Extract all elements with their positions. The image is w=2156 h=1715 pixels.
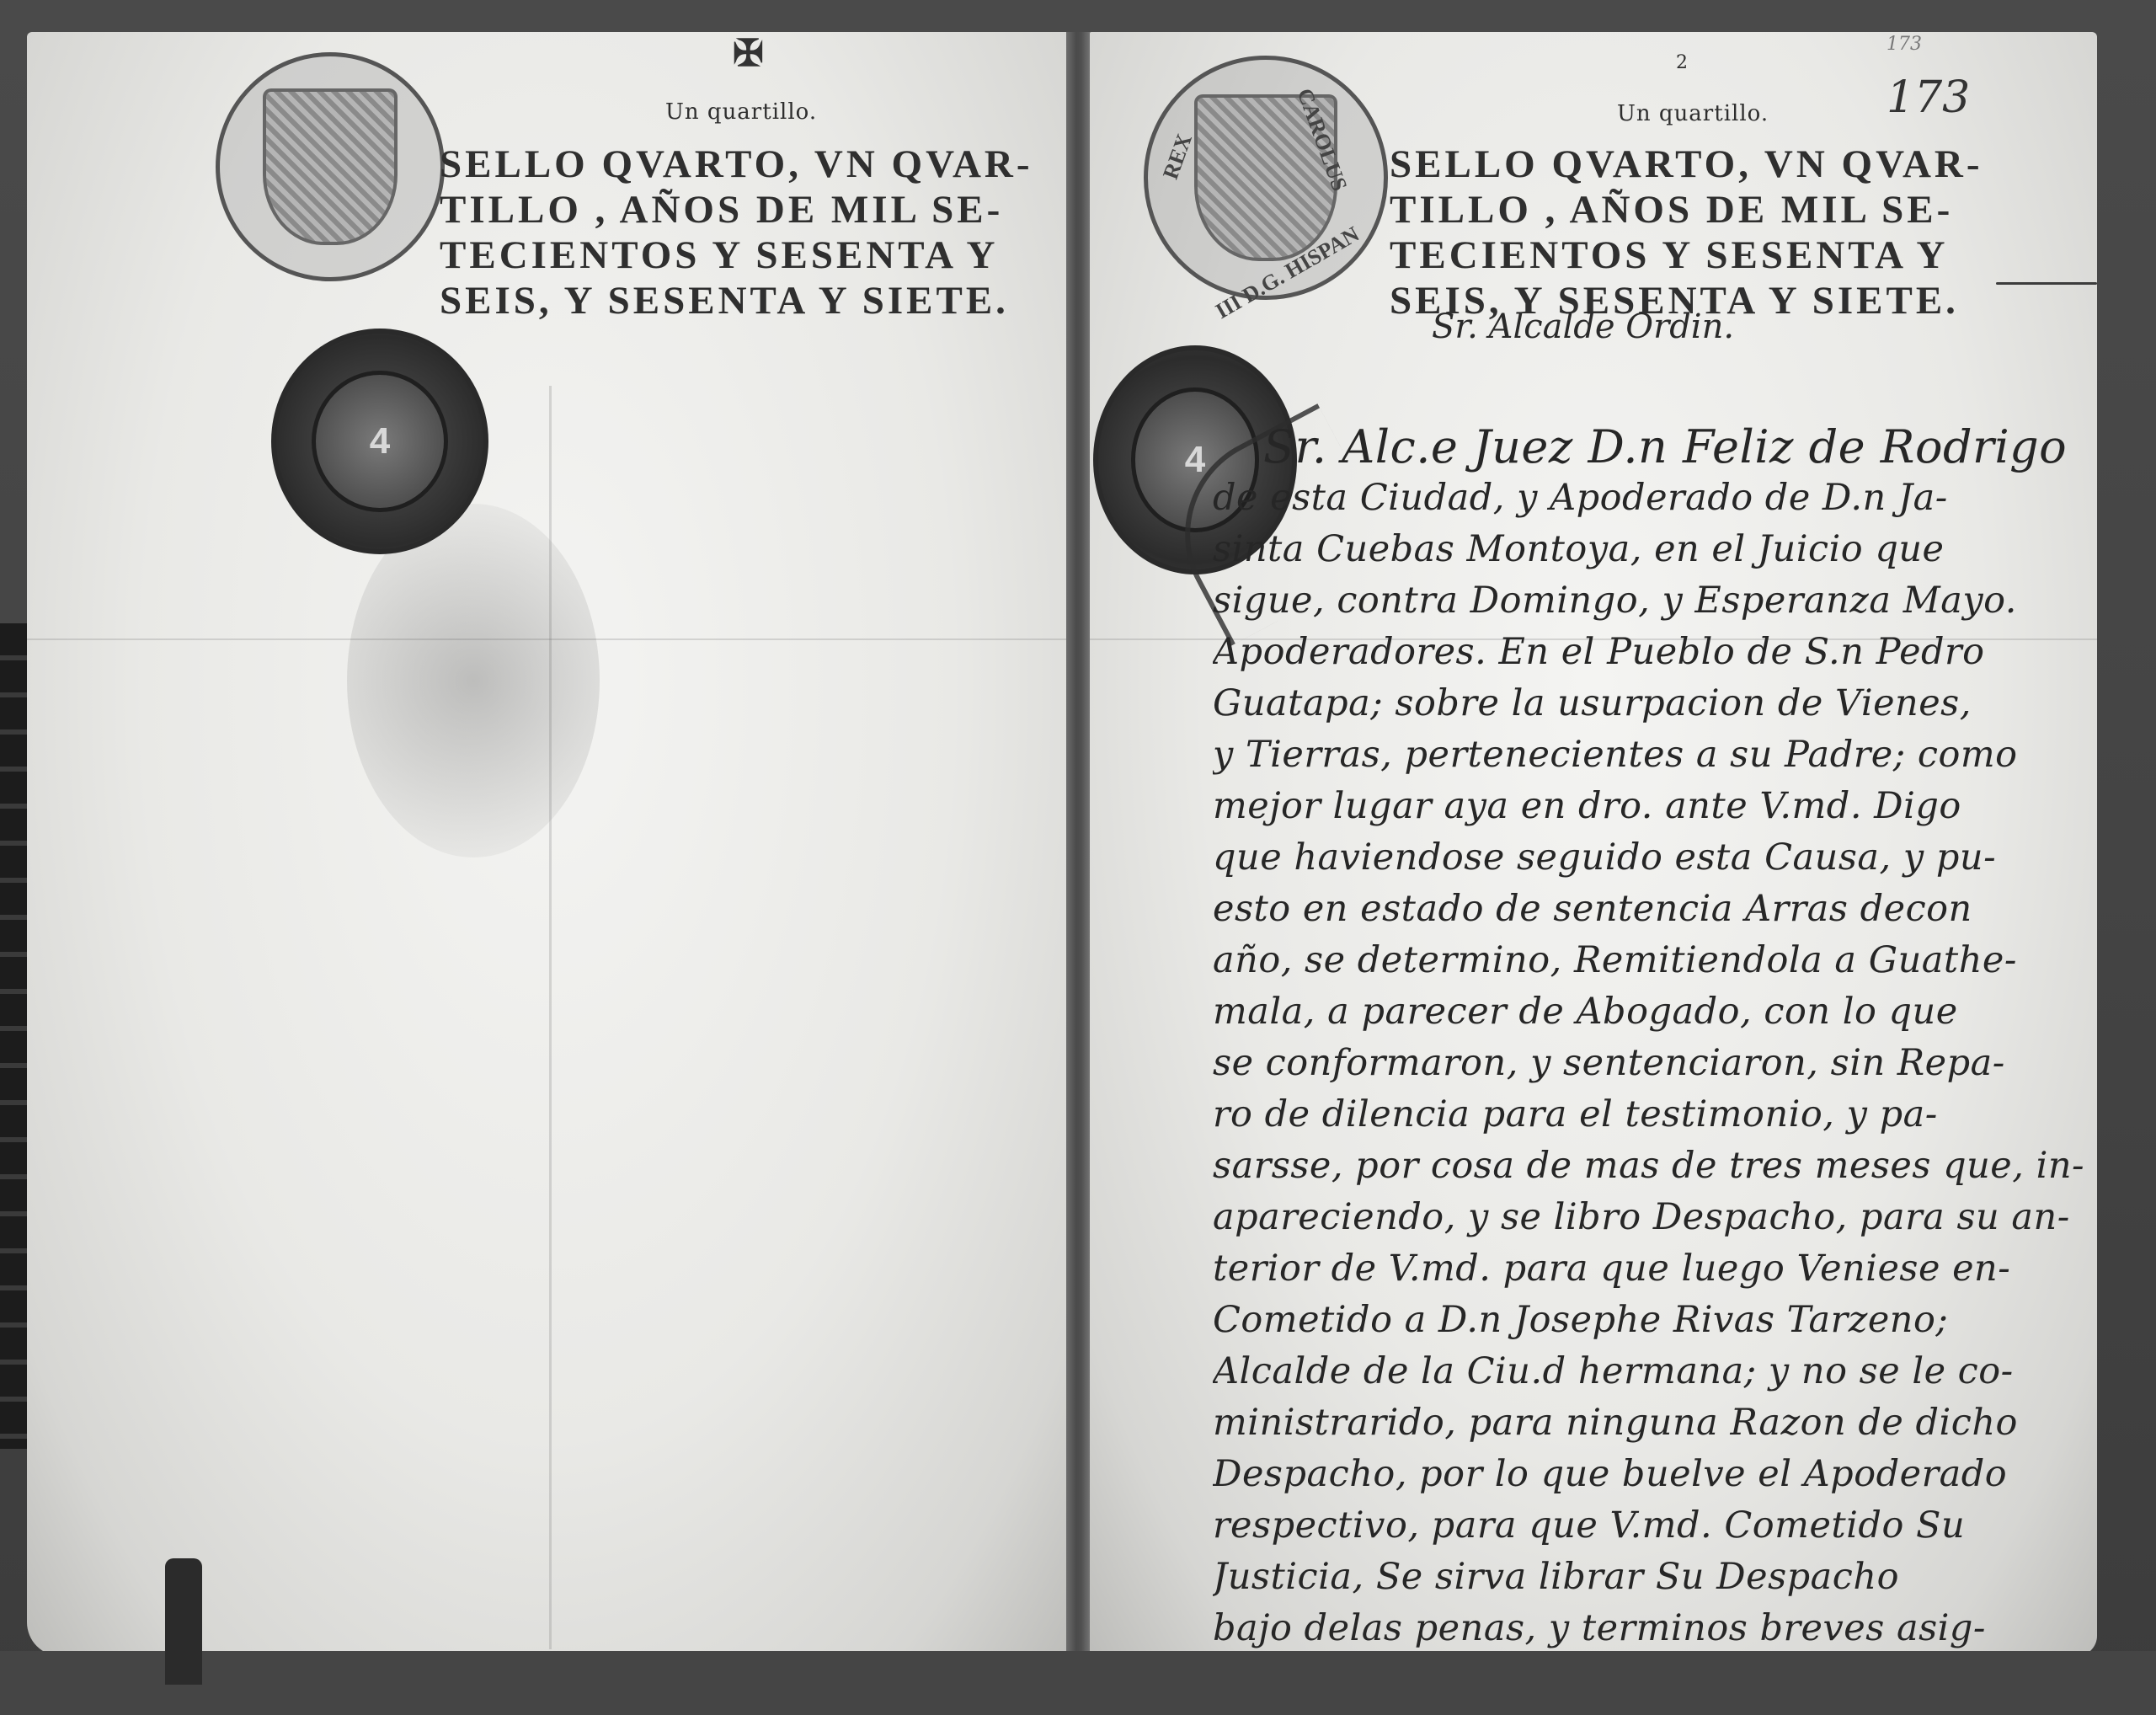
header-flourish-line bbox=[1996, 282, 2097, 285]
stamp-legend-right: CAROLUS bbox=[1292, 85, 1353, 195]
royal-arms-stamp-left bbox=[216, 52, 445, 281]
manuscript-line: mejor lugar aya en dro. ante V.md. Digo bbox=[1213, 781, 2097, 832]
cross-mark-icon: ✠ bbox=[733, 32, 764, 75]
manuscript-line: terior de V.md. para que luego Veniese e… bbox=[1213, 1243, 2097, 1295]
manuscript-line: respectivo, para que V.md. Cometido Su bbox=[1213, 1500, 2097, 1552]
manuscript-line: Cometido a D.n Josephe Rivas Tarzeno; bbox=[1213, 1295, 2097, 1346]
manuscript-line: Justicia, Se sirva librar Su Despacho bbox=[1213, 1552, 2097, 1603]
manuscript-line: y Tierras, pertenecientes a su Padre; co… bbox=[1213, 729, 2097, 781]
folio-number: 173 bbox=[1886, 72, 1970, 123]
manuscript-line: Guatapa; sobre la usurpacion de Vienes, bbox=[1213, 678, 2097, 729]
manuscript-line: apareciendo, y se libro Despacho, para s… bbox=[1213, 1192, 2097, 1243]
top-mark: 2 bbox=[1676, 52, 1689, 73]
manuscript-line: que haviendose seguido esta Causa, y pu- bbox=[1213, 832, 2097, 884]
wax-seal-left: 4 bbox=[271, 329, 488, 554]
scan-bottom-edge bbox=[0, 1651, 2156, 1715]
royal-arms-stamp-right: CAROLUS III D.G. HISPAN REX bbox=[1144, 56, 1388, 300]
manuscript-line: se conformaron, y sentenciaron, sin Repa… bbox=[1213, 1038, 2097, 1089]
header-line: TILLO , AÑOS DE MIL SE- bbox=[440, 187, 1063, 232]
header-line: TECIENTOS Y SESENTA Y bbox=[1390, 232, 2013, 278]
manuscript-line: Despacho, por lo que buelve el Apoderado bbox=[1213, 1449, 2097, 1500]
manuscript-line: ministrarido, para ninguna Razon de dich… bbox=[1213, 1397, 2097, 1449]
printed-stamp-header-right: SELLO QVARTO, VN QVAR- TILLO , AÑOS DE M… bbox=[1390, 142, 2013, 323]
printed-stamp-header-left: SELLO QVARTO, VN QVAR- TILLO , AÑOS DE M… bbox=[440, 142, 1063, 323]
book-gutter bbox=[1066, 32, 1091, 1658]
manuscript-line: ro de dilencia para el testimonio, y pa- bbox=[1213, 1089, 2097, 1141]
book-clamp bbox=[165, 1558, 202, 1685]
manuscript-line: año, se determino, Remitiendola a Guathe… bbox=[1213, 935, 2097, 986]
handwritten-petition: Sr. Alc.e Juez D.n Feliz de Rodrigo de e… bbox=[1213, 421, 2097, 1706]
manuscript-line: esto en estado de sentencia Arras decon bbox=[1213, 884, 2097, 935]
manuscript-line: Apoderadores. En el Pueblo de S.n Pedro bbox=[1213, 627, 2097, 678]
faint-folio-number: 173 bbox=[1886, 34, 1922, 55]
manuscript-line: sigue, contra Domingo, y Esperanza Mayo. bbox=[1213, 575, 2097, 627]
header-line: TECIENTOS Y SESENTA Y bbox=[440, 232, 1063, 278]
manuscript-line: sinta Cuebas Montoya, en el Juicio que bbox=[1213, 524, 2097, 575]
seal-center: 4 bbox=[312, 371, 449, 513]
stamp-value-left: Un quartillo. bbox=[665, 99, 817, 125]
header-line: SELLO QVARTO, VN QVAR- bbox=[1390, 142, 2013, 187]
manuscript-line: Sr. Alc.e Juez D.n Feliz de Rodrigo bbox=[1213, 421, 2097, 473]
manuscript-line: Alcalde de la Ciu.d hermana; y no se le … bbox=[1213, 1346, 2097, 1397]
stamp-legend: CAROLUS III D.G. HISPAN REX bbox=[1148, 60, 1384, 296]
stamp-value-right: Un quartillo. bbox=[1617, 101, 1769, 126]
manuscript-line: bajo delas penas, y terminos breves asig… bbox=[1213, 1603, 2097, 1654]
header-line: SELLO QVARTO, VN QVAR- bbox=[440, 142, 1063, 187]
addressee-line: Sr. Alcalde Ordin. bbox=[1432, 307, 1734, 346]
manuscript-line: de esta Ciudad, y Apoderado de D.n Ja- bbox=[1213, 473, 2097, 524]
manuscript-line: mala, a parecer de Abogado, con lo que bbox=[1213, 986, 2097, 1038]
coat-of-arms-icon bbox=[263, 88, 398, 245]
paper-stain bbox=[347, 504, 600, 857]
manuscript-line: sarsse, por cosa de mas de tres meses qu… bbox=[1213, 1141, 2097, 1192]
header-line: SEIS, Y SESENTA Y SIETE. bbox=[440, 278, 1063, 323]
header-line: TILLO , AÑOS DE MIL SE- bbox=[1390, 187, 2013, 232]
stamp-legend-left: REX bbox=[1158, 131, 1198, 183]
